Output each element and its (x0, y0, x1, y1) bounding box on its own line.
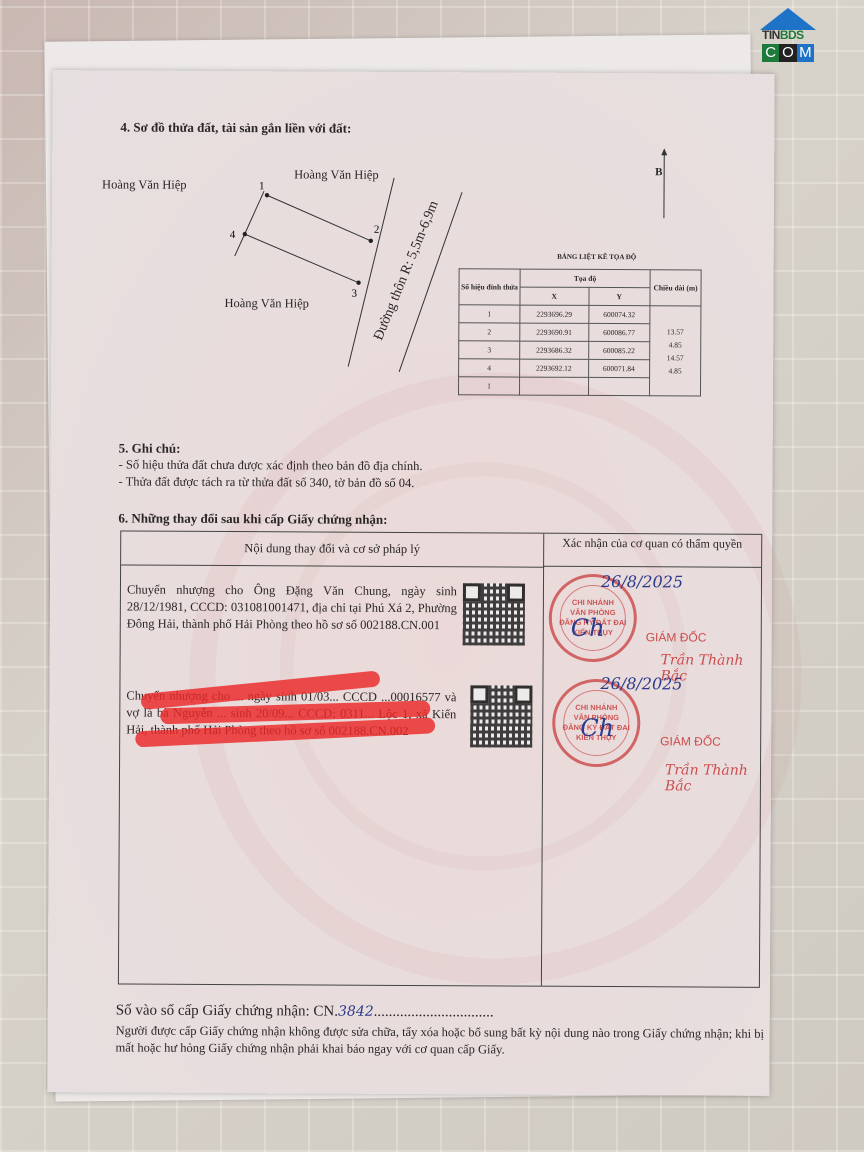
coord-cell-y (588, 377, 650, 395)
coord-cell-point: 2 (459, 323, 520, 341)
confirm-date: 26/8/2025 (600, 674, 682, 693)
north-arrow-icon (657, 148, 671, 218)
col-x: X (520, 287, 589, 305)
coord-cell-x: 2293696.29 (520, 305, 589, 323)
coord-row: 12293696.29600074.3213.574.8514.574.85 (459, 305, 701, 324)
point-label: 1 (259, 180, 265, 192)
note-item: - Thửa đất được tách ra từ thửa đất số 3… (118, 474, 414, 491)
coord-cell-x: 2293692.12 (520, 359, 589, 377)
signer-role: GIÁM ĐỐC (646, 630, 707, 644)
coord-cell-y: 600086.77 (588, 323, 650, 341)
point-label: 4 (230, 229, 236, 241)
coord-cell-point: 4 (459, 359, 520, 377)
coord-cell-y: 600085.22 (588, 341, 650, 359)
section-4-title: 4. Sơ đồ thửa đất, tài sản gắn liền với … (120, 119, 351, 136)
coord-cell-y: 600071.84 (588, 359, 650, 377)
coord-cell-point: 1 (459, 305, 520, 323)
col-confirm-header: Xác nhận của cơ quan có thẩm quyền (543, 534, 761, 568)
coord-cell-point: 1 (458, 377, 519, 395)
coord-cell-x: 2293686.32 (520, 341, 589, 359)
certificate-page: 4. Sơ đồ thửa đất, tài sản gắn liền với … (47, 70, 774, 1096)
house-roof-icon (760, 8, 816, 30)
coord-table-title: BẢNG LIỆT KÊ TỌA ĐỘ (497, 252, 697, 261)
signature: Ch (580, 714, 614, 742)
confirm-date: 26/8/2025 (601, 572, 683, 591)
north-label: B (655, 166, 662, 178)
section-6-title: 6. Những thay đổi sau khi cấp Giấy chứng… (118, 510, 387, 527)
signer-role: GIÁM ĐỐC (660, 734, 721, 748)
col-point: Số hiệu đỉnh thửa (459, 269, 520, 305)
site-watermark-logo: TINBDS C O M (758, 4, 818, 62)
length-cell: 13.574.8514.574.85 (649, 306, 700, 396)
signature: Ch (571, 614, 605, 642)
column-divider (541, 567, 544, 986)
qr-code[interactable] (470, 685, 532, 747)
change-entry-1: Chuyển nhượng cho Ông Đặng Văn Chung, ng… (127, 582, 457, 635)
point-label: 3 (351, 288, 357, 300)
section-5-title: 5. Ghi chú: (119, 440, 181, 456)
col-content-header: Nội dung thay đổi và cơ sở pháp lý (121, 531, 544, 567)
coord-cell-y: 600074.32 (588, 305, 650, 323)
coord-cell-x (519, 377, 588, 395)
registry-number: Số vào sổ cấp Giấy chứng nhận: CN.3842..… (116, 1002, 494, 1021)
coord-cell-x: 2293690.91 (520, 323, 589, 341)
neighbor-left: Hoàng Văn Hiệp (102, 177, 187, 192)
parcel-diagram: 1 2 3 4 (221, 176, 482, 377)
qr-code[interactable] (463, 583, 525, 645)
changes-table: Nội dung thay đổi và cơ sở pháp lý Xác n… (118, 530, 762, 987)
point-label: 2 (374, 224, 380, 236)
signer-name: Trần Thành Bắc (665, 762, 760, 794)
col-y: Y (588, 287, 650, 305)
footer-notice: Người được cấp Giấy chứng nhận không đượ… (116, 1022, 766, 1059)
coordinate-table: Số hiệu đỉnh thửa Tọa độ Chiều dài (m) X… (458, 268, 702, 396)
col-coord: Tọa độ (520, 269, 650, 288)
note-item: - Số hiệu thửa đất chưa được xác định th… (119, 457, 423, 474)
coord-cell-point: 3 (459, 341, 520, 359)
col-length: Chiều dài (m) (650, 270, 701, 306)
